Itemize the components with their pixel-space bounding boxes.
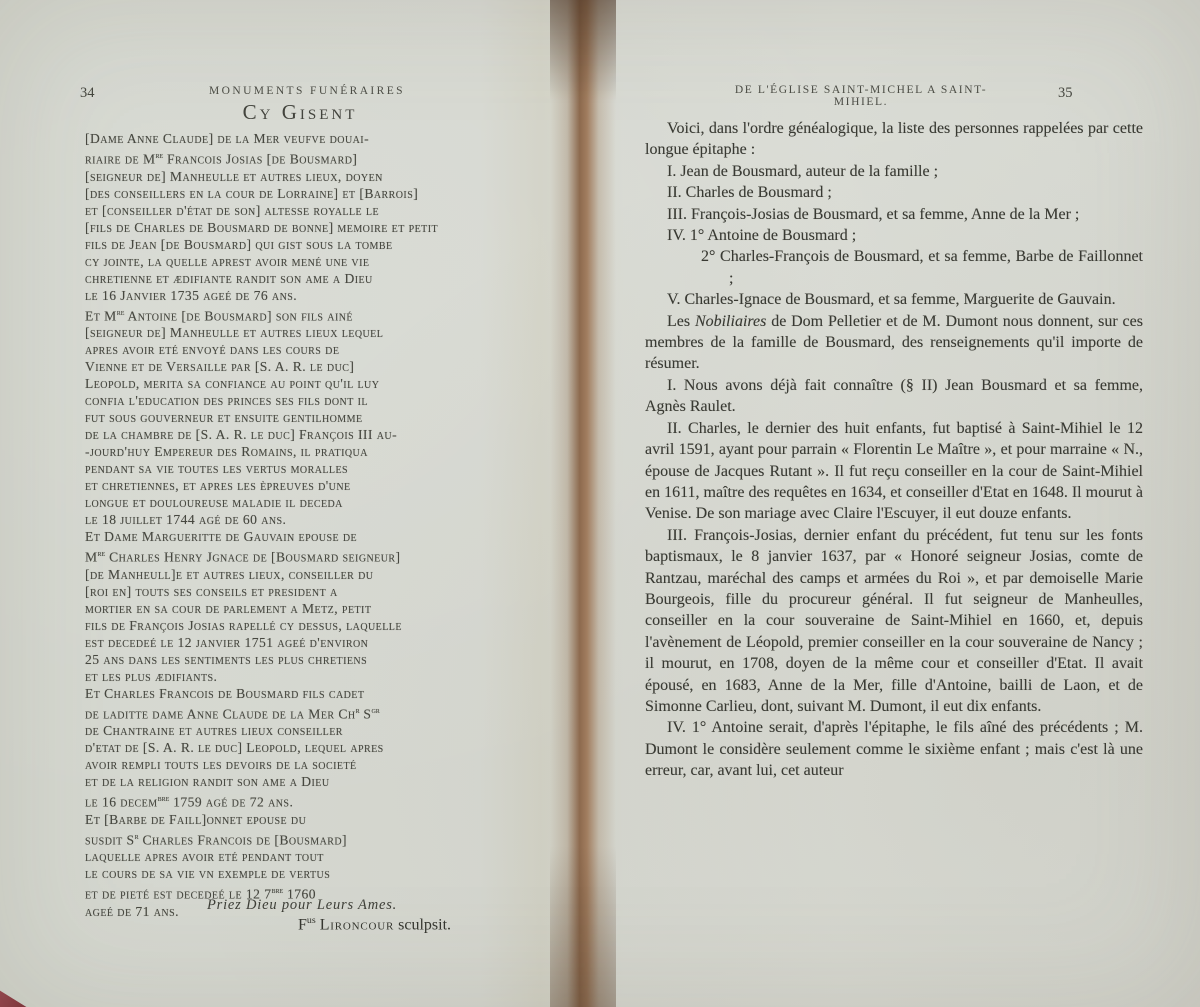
epitaph-line: d'etat de [S. A. R. le duc] Leopold, leq…	[85, 739, 569, 756]
left-page-number: 34	[80, 85, 95, 102]
book-photo: { "palette": { "paper": "#d6d8d1", "ink"…	[0, 0, 1200, 1007]
genealogy-list-item: 2° Charles-François de Bousmard, et sa f…	[645, 246, 1143, 289]
backdrop-corner	[0, 987, 30, 1007]
body-paragraph: I. Nous avons déjà fait connaître (§ II)…	[645, 375, 1143, 418]
epitaph-line: le 16 Janvier 1735 ageé de 76 ans.	[85, 287, 569, 304]
right-running-header: DE L'ÉGLISE SAINT-MICHEL A SAINT-MIHIEL.	[711, 84, 1011, 108]
epitaph-line: [des conseillers en la cour de Lorraine]…	[85, 185, 569, 202]
epitaph-line: [de Manheull]e et autres lieux, conseill…	[85, 566, 569, 583]
epitaph-line: [roi en] touts ses conseils et president…	[85, 583, 569, 600]
epitaph-line: -jourd'huy Empereur des Romains, il prat…	[85, 443, 569, 460]
epitaph-line: avoir rempli touts les devoirs de la soc…	[85, 756, 569, 773]
epitaph-line: et [conseiller d'état de son] altesse ro…	[85, 202, 569, 219]
body-paragraph: III. François-Josias, dernier enfant du …	[645, 525, 1143, 718]
epitaph-line: de la chambre de [S. A. R. le duc] Franç…	[85, 426, 569, 443]
epitaph-line: et de la religion randit son ame a Dieu	[85, 773, 569, 790]
genealogy-list-item: I. Jean de Bousmard, auteur de la famill…	[645, 161, 1143, 182]
epitaph-line: apres avoir eté envoyé dans les cours de	[85, 341, 569, 358]
body-paragraph: IV. 1° Antoine serait, d'après l'épitaph…	[645, 717, 1143, 781]
epitaph-line: de laditte dame Anne Claude de la Mer Ch…	[85, 702, 569, 723]
genealogy-list-item: III. François-Josias de Bousmard, et sa …	[645, 204, 1143, 225]
epitaph-line: [Dame Anne Claude] de la Mer veufve doua…	[85, 130, 569, 147]
genealogy-list-item: V. Charles-Ignace de Bousmard, et sa fem…	[645, 289, 1143, 310]
genealogy-list-item: IV. 1° Antoine de Bousmard ;	[645, 225, 1143, 246]
epitaph-text: [Dame Anne Claude] de la Mer veufve doua…	[85, 130, 569, 920]
epitaph-line: [seigneur de] Manheulle et autres lieux …	[85, 324, 569, 341]
left-running-header: MONUMENTS FUNÉRAIRES	[187, 85, 427, 97]
epitaph-line: confia l'education des princes ses fils …	[85, 392, 569, 409]
epitaph-line: et les plus ædifiants.	[85, 668, 569, 685]
epitaph-line: fut sous gouverneur et ensuite gentilhom…	[85, 409, 569, 426]
epitaph-line: riaire de Mre Francois Josias [de Bousma…	[85, 147, 569, 168]
epitaph-line: 25 ans dans les sentiments les plus chre…	[85, 651, 569, 668]
prayer-line: Priez Dieu pour Leurs Ames.	[207, 897, 397, 914]
epitaph-line: laquelle apres avoir eté pendant tout	[85, 848, 569, 865]
epitaph-line: Et Charles Francois de Bousmard fils cad…	[85, 685, 569, 702]
epitaph-line: Et [Barbe de Faill]onnet epouse du	[85, 811, 569, 828]
body-paragraph: Les Nobiliaires de Dom Pelletier et de M…	[645, 311, 1143, 375]
epitaph-line: et chretiennes, et apres les èpreuves d'…	[85, 477, 569, 494]
epitaph-line: Leopold, merita sa confiance au point qu…	[85, 375, 569, 392]
epitaph-line: le 18 juillet 1744 agé de 60 ans.	[85, 511, 569, 528]
epitaph-line: Et Mre Antoine [de Bousmard] son fils ai…	[85, 304, 569, 325]
epitaph-line: susdit Sr Charles Francois de [Bousmard]	[85, 828, 569, 849]
epitaph-line: mortier en sa cour de parlement a Metz, …	[85, 600, 569, 617]
epitaph-line: pendant sa vie toutes les vertus moralle…	[85, 460, 569, 477]
epitaph-line: [seigneur de] Manheulle et autres lieux,…	[85, 168, 569, 185]
epitaph-line: fils de François Josias rapellé cy dessu…	[85, 617, 569, 634]
epitaph-line: [fils de Charles de Bousmard de bonne] m…	[85, 219, 569, 236]
epitaph-line: fils de Jean [de Bousmard] qui gist sous…	[85, 236, 569, 253]
epitaph-line: Et Dame Margueritte de Gauvain epouse de	[85, 528, 569, 545]
epitaph-line: longue et douloureuse maladie il deceda	[85, 494, 569, 511]
epitaph-line: de Chantraine et autres lieux conseiller	[85, 722, 569, 739]
genealogy-text: Voici, dans l'ordre généalogique, la lis…	[645, 118, 1143, 782]
epitaph-title: Cy Gisent	[150, 100, 450, 125]
epitaph-line: le cours de sa vie vn exemple de vertus	[85, 865, 569, 882]
epitaph-line: cy jointe, la quelle aprest avoir mené u…	[85, 253, 569, 270]
body-paragraph: II. Charles, le dernier des huit enfants…	[645, 418, 1143, 525]
epitaph-line: Vienne et de Versaille par [S. A. R. le …	[85, 358, 569, 375]
epitaph-line: chretienne et ædifiante randit son ame a…	[85, 270, 569, 287]
right-page-number: 35	[1058, 85, 1073, 102]
epitaph-line: est decedeé le 12 janvier 1751 ageé d'en…	[85, 634, 569, 651]
sculptor-line: Fus Lironcour sculpsit.	[298, 915, 451, 934]
genealogy-list-item: II. Charles de Bousmard ;	[645, 182, 1143, 203]
body-paragraph: Voici, dans l'ordre généalogique, la lis…	[645, 118, 1143, 161]
epitaph-line: le 16 decembre 1759 agé de 72 ans.	[85, 790, 569, 811]
epitaph-line: Mre Charles Henry Jgnace de [Bousmard se…	[85, 545, 569, 566]
